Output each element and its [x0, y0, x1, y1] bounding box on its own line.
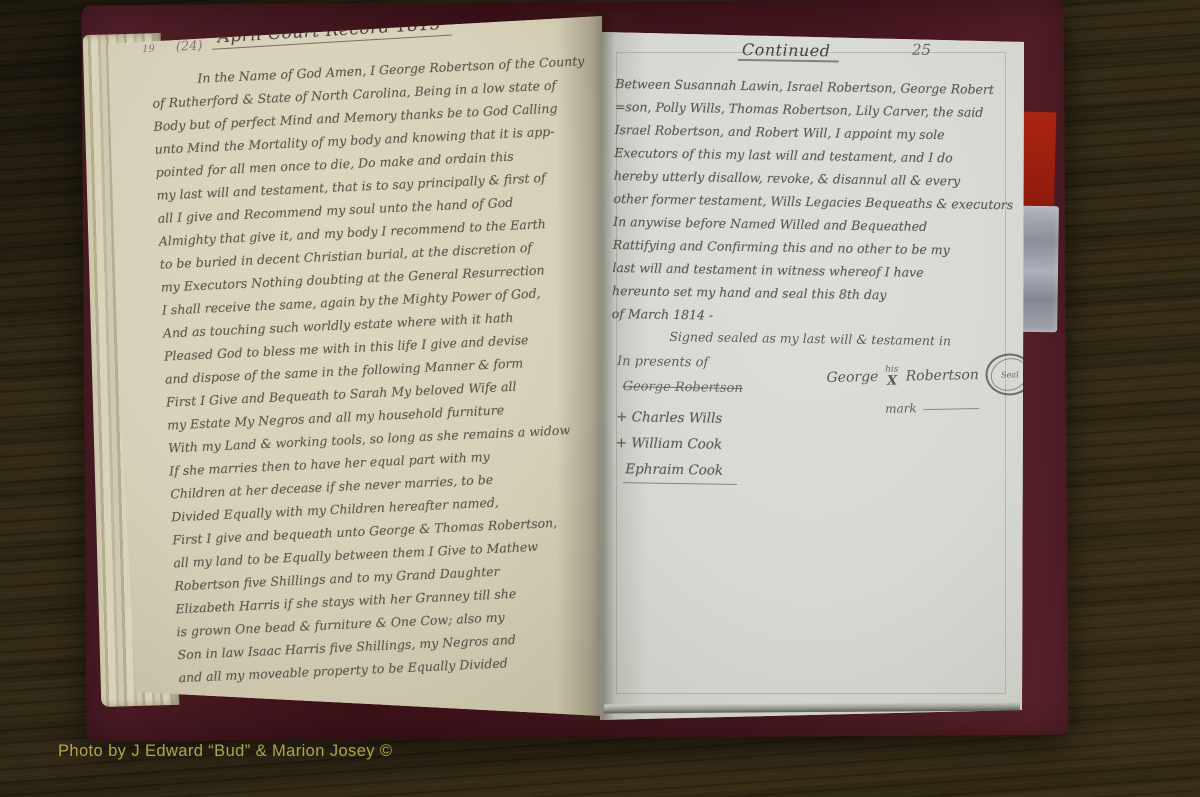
photo-scene: 19 (24) April Court Record 1815 In the N… [0, 0, 1200, 797]
right-page-content: Continued 25 Between Susannah Lawin, Isr… [585, 24, 1028, 729]
right-page: Continued 25 Between Susannah Lawin, Isr… [596, 24, 1028, 722]
handwritten-line: Ephraim Cook [623, 456, 737, 485]
x-mark: X [887, 375, 897, 388]
left-page: 19 (24) April Court Record 1815 In the N… [96, 8, 610, 720]
left-page-number: (24) [176, 39, 203, 55]
mark-flourish-line [923, 408, 979, 410]
witness-block: In presents of George Robertson + Charle… [615, 354, 743, 485]
signature-his-mark: his X [885, 366, 899, 388]
handwritten-line: + Charles Wills [616, 404, 743, 432]
right-page-header: Continued [738, 40, 839, 63]
left-page-content: 19 (24) April Court Record 1815 In the N… [94, 0, 640, 721]
handwritten-line: of March 1814 - [612, 302, 1014, 331]
photographer-watermark: Photo by J Edward “Bud” & Marion Josey © [58, 742, 392, 761]
right-page-number: 25 [912, 41, 931, 59]
seal-label: Seal [1001, 370, 1019, 379]
signature-last-name: Robertson [906, 367, 979, 384]
margin-mark: 19 [142, 44, 155, 56]
mark-caption: mark [885, 399, 1035, 416]
struck-witness-name: George Robertson [622, 379, 743, 406]
attestation-line: Signed sealed as my last will & testamen… [669, 329, 951, 348]
right-page-handwriting: Between Susannah Lawin, Israel Robertson… [612, 72, 1018, 331]
handwritten-line: + William Cook [616, 430, 743, 458]
signature-first-name: George [826, 369, 878, 386]
mark-label: mark [885, 401, 917, 416]
left-page-handwriting: In the Name of God Amen, I George Robert… [151, 49, 609, 689]
witness-names: + Charles Wills+ William CookEphraim Coo… [615, 404, 742, 485]
signature-row: George his X Robertson Seal [826, 353, 1034, 399]
witness-intro: In presents of [617, 354, 744, 381]
testator-signature: George his X Robertson Seal mark [826, 353, 1034, 417]
